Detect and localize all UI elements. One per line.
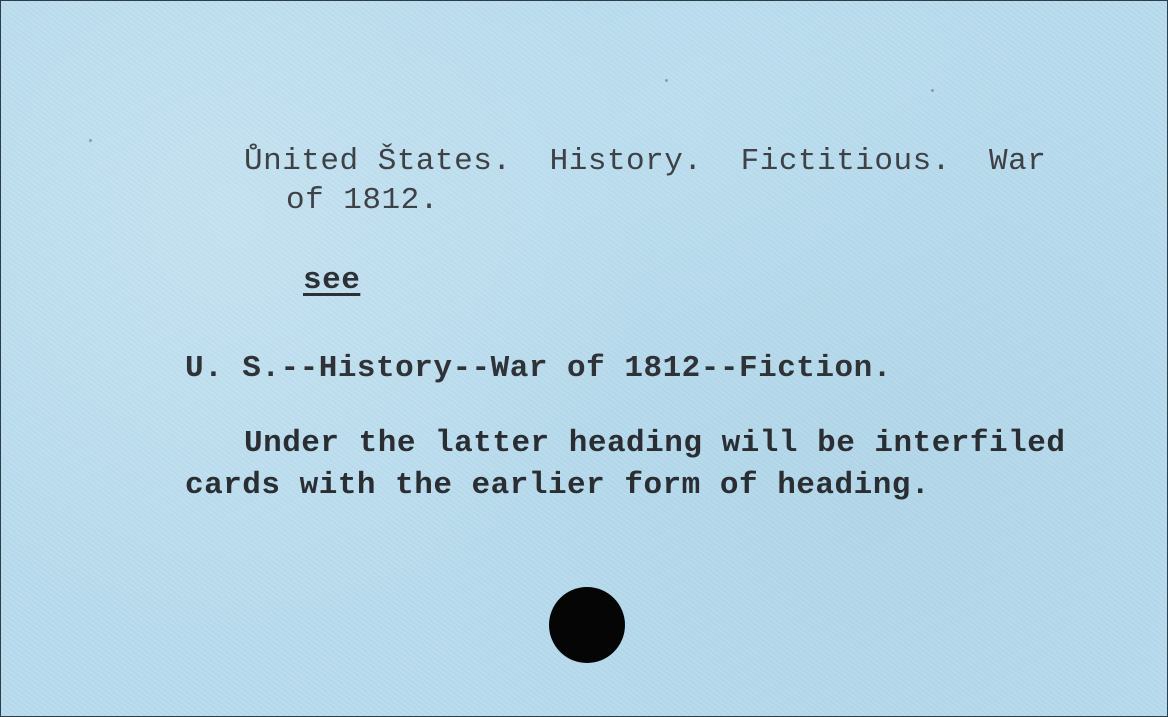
paper-speck xyxy=(931,89,934,92)
paper-speck xyxy=(89,139,92,142)
see-reference-label: see xyxy=(303,263,360,299)
subject-heading-line-1: Ůnited Štates. History. Fictitious. War xyxy=(244,144,1046,180)
punch-hole-icon xyxy=(549,587,625,663)
paper-speck xyxy=(665,79,668,82)
note-line-2: cards with the earlier form of heading. xyxy=(185,468,930,504)
catalog-card: Ůnited Štates. History. Fictitious. War … xyxy=(0,0,1168,717)
subject-heading-line-2: of 1812. xyxy=(286,183,439,219)
note-line-1: Under the latter heading will be interfi… xyxy=(244,426,1065,462)
referenced-heading: U. S.--History--War of 1812--Fiction. xyxy=(185,351,892,387)
